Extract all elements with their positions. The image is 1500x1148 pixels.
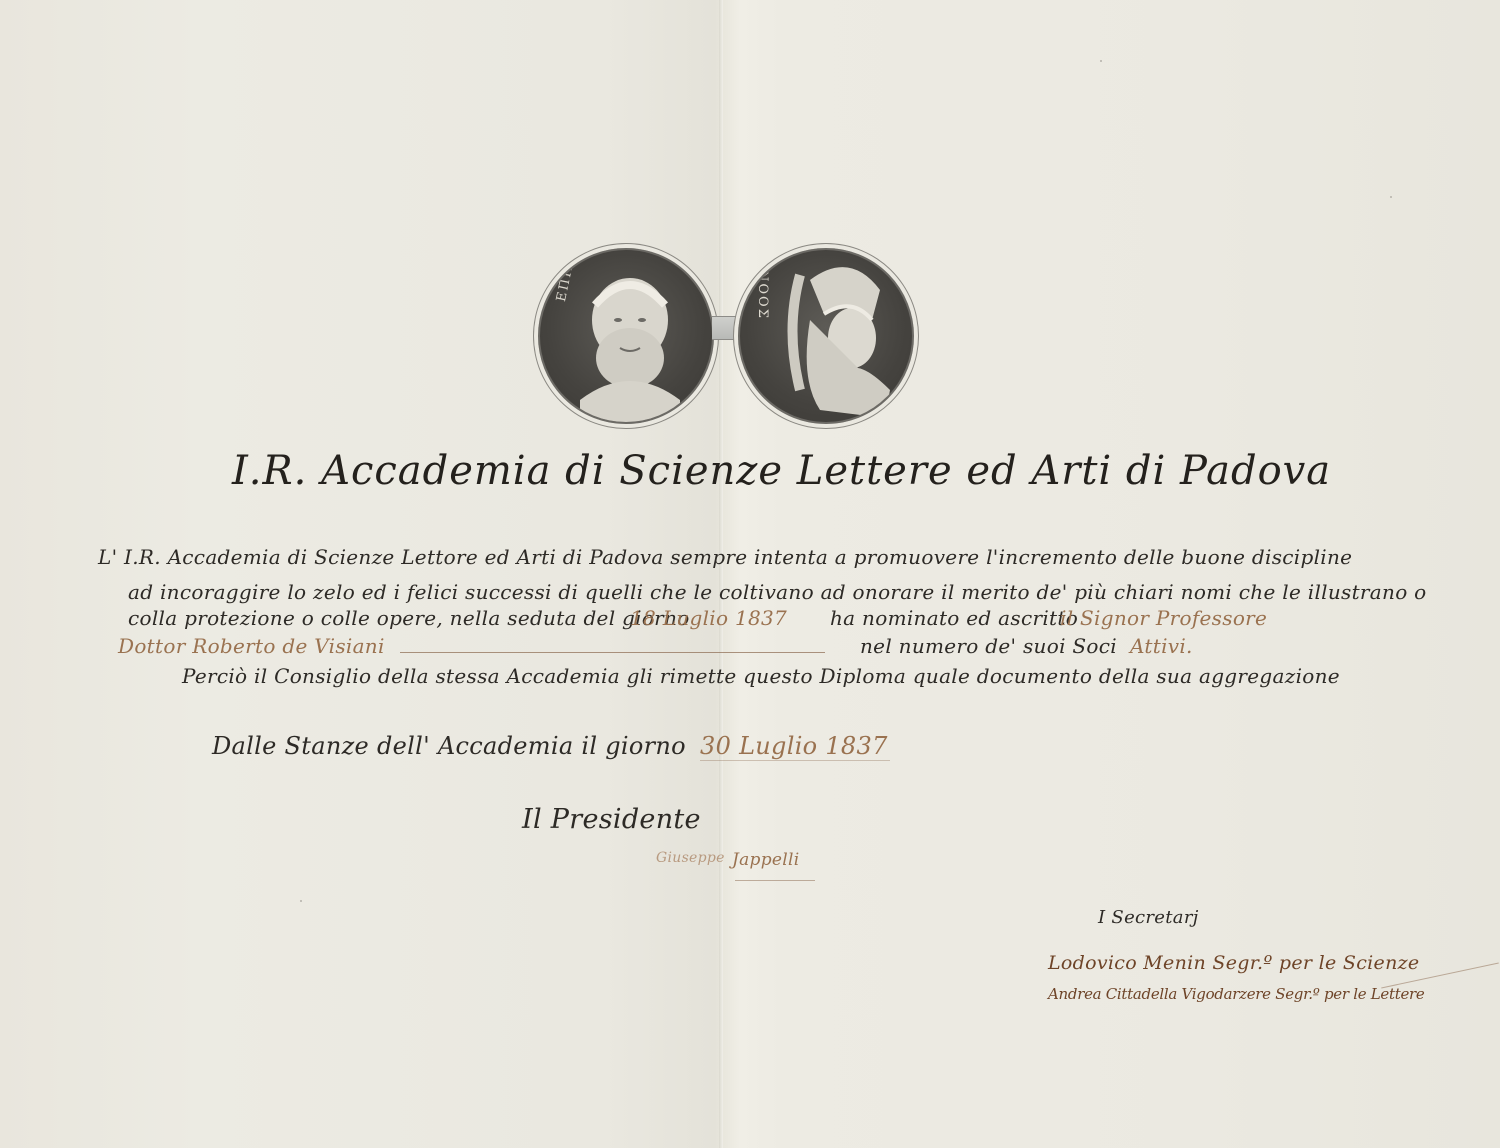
president-label: Il Presidente (522, 804, 701, 835)
secretaries-label: I Secretarj (1098, 907, 1199, 928)
secretary-signature-1: Lodovico Menin Segr.º per le Scienze (1048, 952, 1419, 974)
name-underline (400, 652, 825, 653)
body-line-5: Perciò il Consiglio della stessa Accadem… (182, 664, 1340, 688)
medallion-left: ΕΠΙΜΗΘΕΥΣ (538, 248, 714, 424)
president-signature-first: Giuseppe (656, 850, 725, 866)
nomination-date: 18 Luglio 1837 (630, 606, 787, 630)
medallion-right-inscription: ΝΟΟΣ (755, 270, 770, 320)
recipient-name: Dottor Roberto de Visiani (118, 634, 385, 658)
paper-speck (1100, 60, 1102, 62)
dateline-underline (700, 760, 890, 761)
dateline-printed: Dalle Stanze dell' Accademia il giorno (212, 732, 686, 760)
membership-class: Attivi. (1130, 634, 1193, 658)
body-line-4-printed: nel numero de' suoi Soci (860, 634, 1117, 658)
body-line-2: ad incoraggire lo zelo ed i felici succe… (128, 580, 1427, 604)
president-flourish (735, 880, 815, 881)
paper-speck (1390, 196, 1392, 198)
president-signature-last: Jappelli (732, 850, 800, 870)
paper-speck (300, 900, 302, 902)
secretary-signature-2: Andrea Cittadella Vigodarzere Segr.º per… (1048, 985, 1424, 1003)
recipient-title: il Signor Professore (1060, 606, 1267, 630)
body-line-1: L' I.R. Accademia di Scienze Lettore ed … (98, 545, 1352, 569)
body-line-3-printed-b: ha nominato ed ascritto (830, 606, 1078, 630)
medallion-right: ΝΟΟΣ (738, 248, 914, 424)
body-line-3-printed-a: colla protezione o colle opere, nella se… (128, 606, 690, 630)
center-fold (719, 0, 723, 1148)
paper-background (0, 0, 1500, 1148)
academy-title: I.R. Accademia di Scienze Lettere ed Art… (232, 448, 1331, 494)
dateline-date: 30 Luglio 1837 (700, 732, 888, 760)
